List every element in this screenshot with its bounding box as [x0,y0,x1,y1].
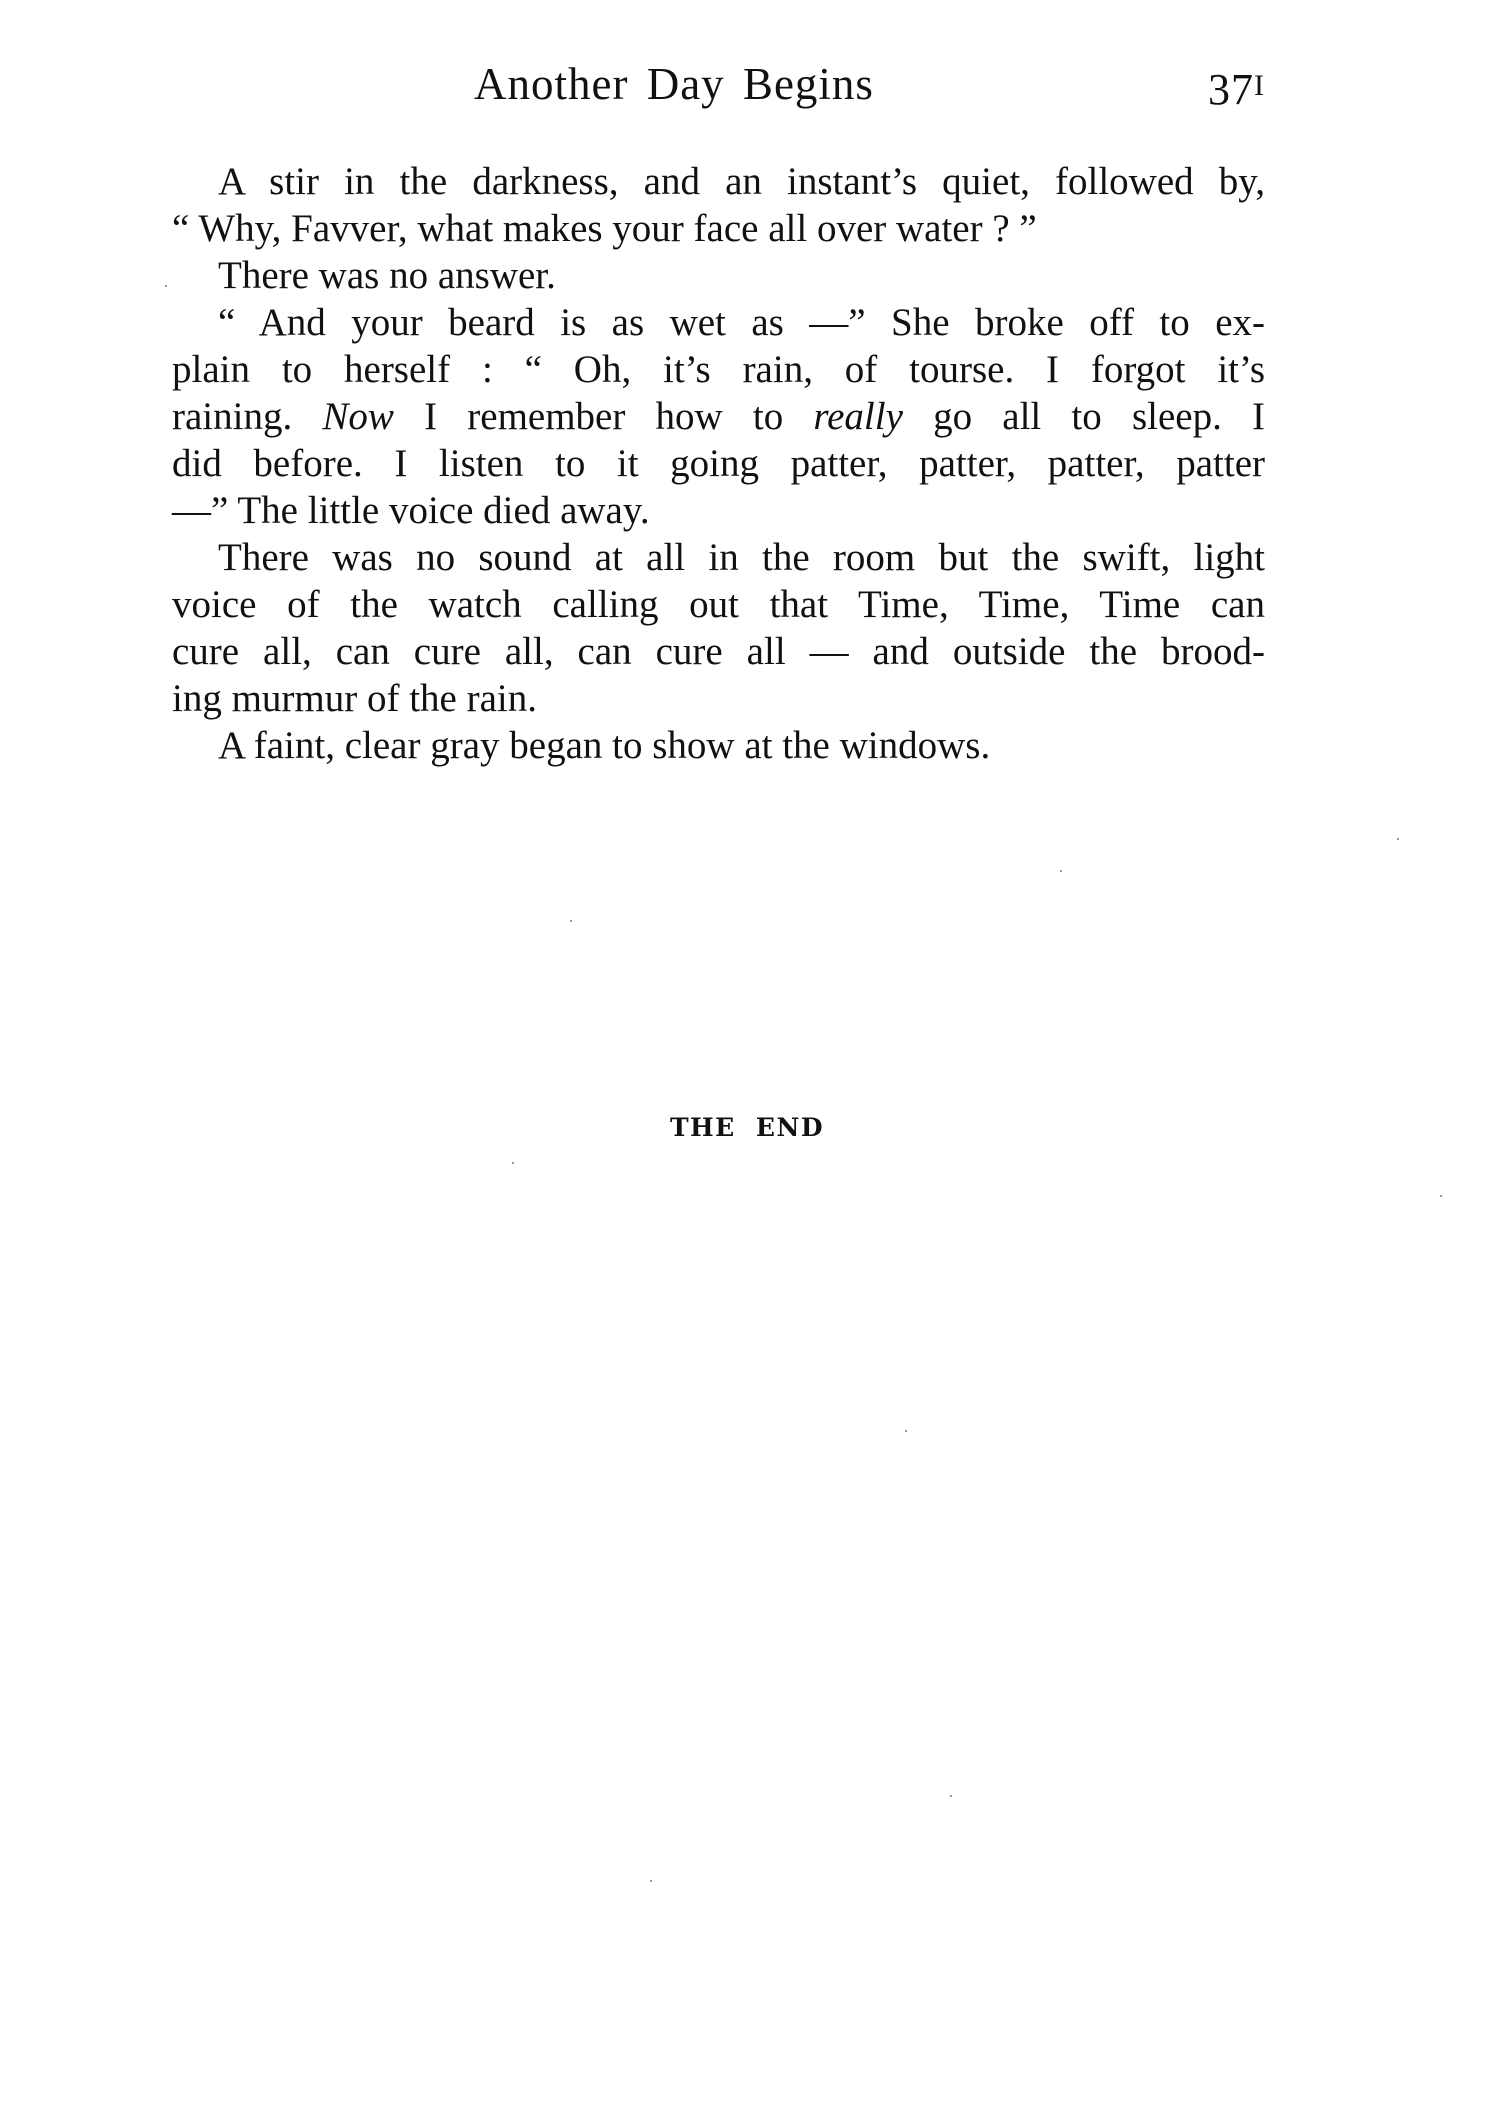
scan-speck [650,1880,652,1882]
text-line: A stir in the darkness, and an instant’s… [172,158,1265,205]
text-segment: go all to sleep. I [903,395,1265,438]
the-end-heading: THE END [0,1113,1494,1142]
scan-speck [512,1162,514,1164]
text-line: There was no sound at all in the room bu… [172,534,1265,581]
scan-speck [1060,870,1062,872]
body-text: A stir in the darkness, and an instant’s… [172,158,1265,769]
text-line: A faint, clear gray began to show at the… [172,722,1265,769]
paragraph-2: There was no answer. [172,252,1265,299]
text-line: ing murmur of the rain. [172,675,1265,722]
text-line: There was no answer. [172,252,1265,299]
scan-speck [950,1795,952,1797]
paragraph-1: A stir in the darkness, and an instant’s… [172,158,1265,252]
page-number-last-digit: I [1254,69,1265,102]
scan-speck [905,1430,907,1432]
italic-word-really: really [813,395,903,438]
paragraph-4: There was no sound at all in the room bu… [172,534,1265,722]
text-segment: raining. [172,395,322,438]
scan-speck [570,920,572,922]
text-line: plain to herself : “ Oh, it’s rain, of t… [172,346,1265,393]
text-line: “ Why, Favver, what makes your face all … [172,205,1265,252]
scan-speck [1397,838,1399,840]
text-line: —” The little voice died away. [172,487,1265,534]
text-segment: I remember how to [394,395,813,438]
paragraph-5: A faint, clear gray began to show at the… [172,722,1265,769]
text-line: did before. I listen to it going patter,… [172,440,1265,487]
running-head: Another Day Begins 37I [172,58,1265,118]
running-title: Another Day Begins [474,58,874,110]
text-line-with-italics: raining. Now I remember how to really go… [172,393,1265,440]
text-line: voice of the watch calling out that Time… [172,581,1265,628]
text-line: “ And your beard is as wet as —” She bro… [172,299,1265,346]
paragraph-3: “ And your beard is as wet as —” She bro… [172,299,1265,534]
page-number: 37I [1208,64,1265,115]
scan-speck [165,285,167,287]
page-number-main: 37 [1208,65,1254,114]
scan-speck [1440,1195,1442,1197]
text-line: cure all, can cure all, can cure all — a… [172,628,1265,675]
italic-word-now: Now [322,395,394,438]
